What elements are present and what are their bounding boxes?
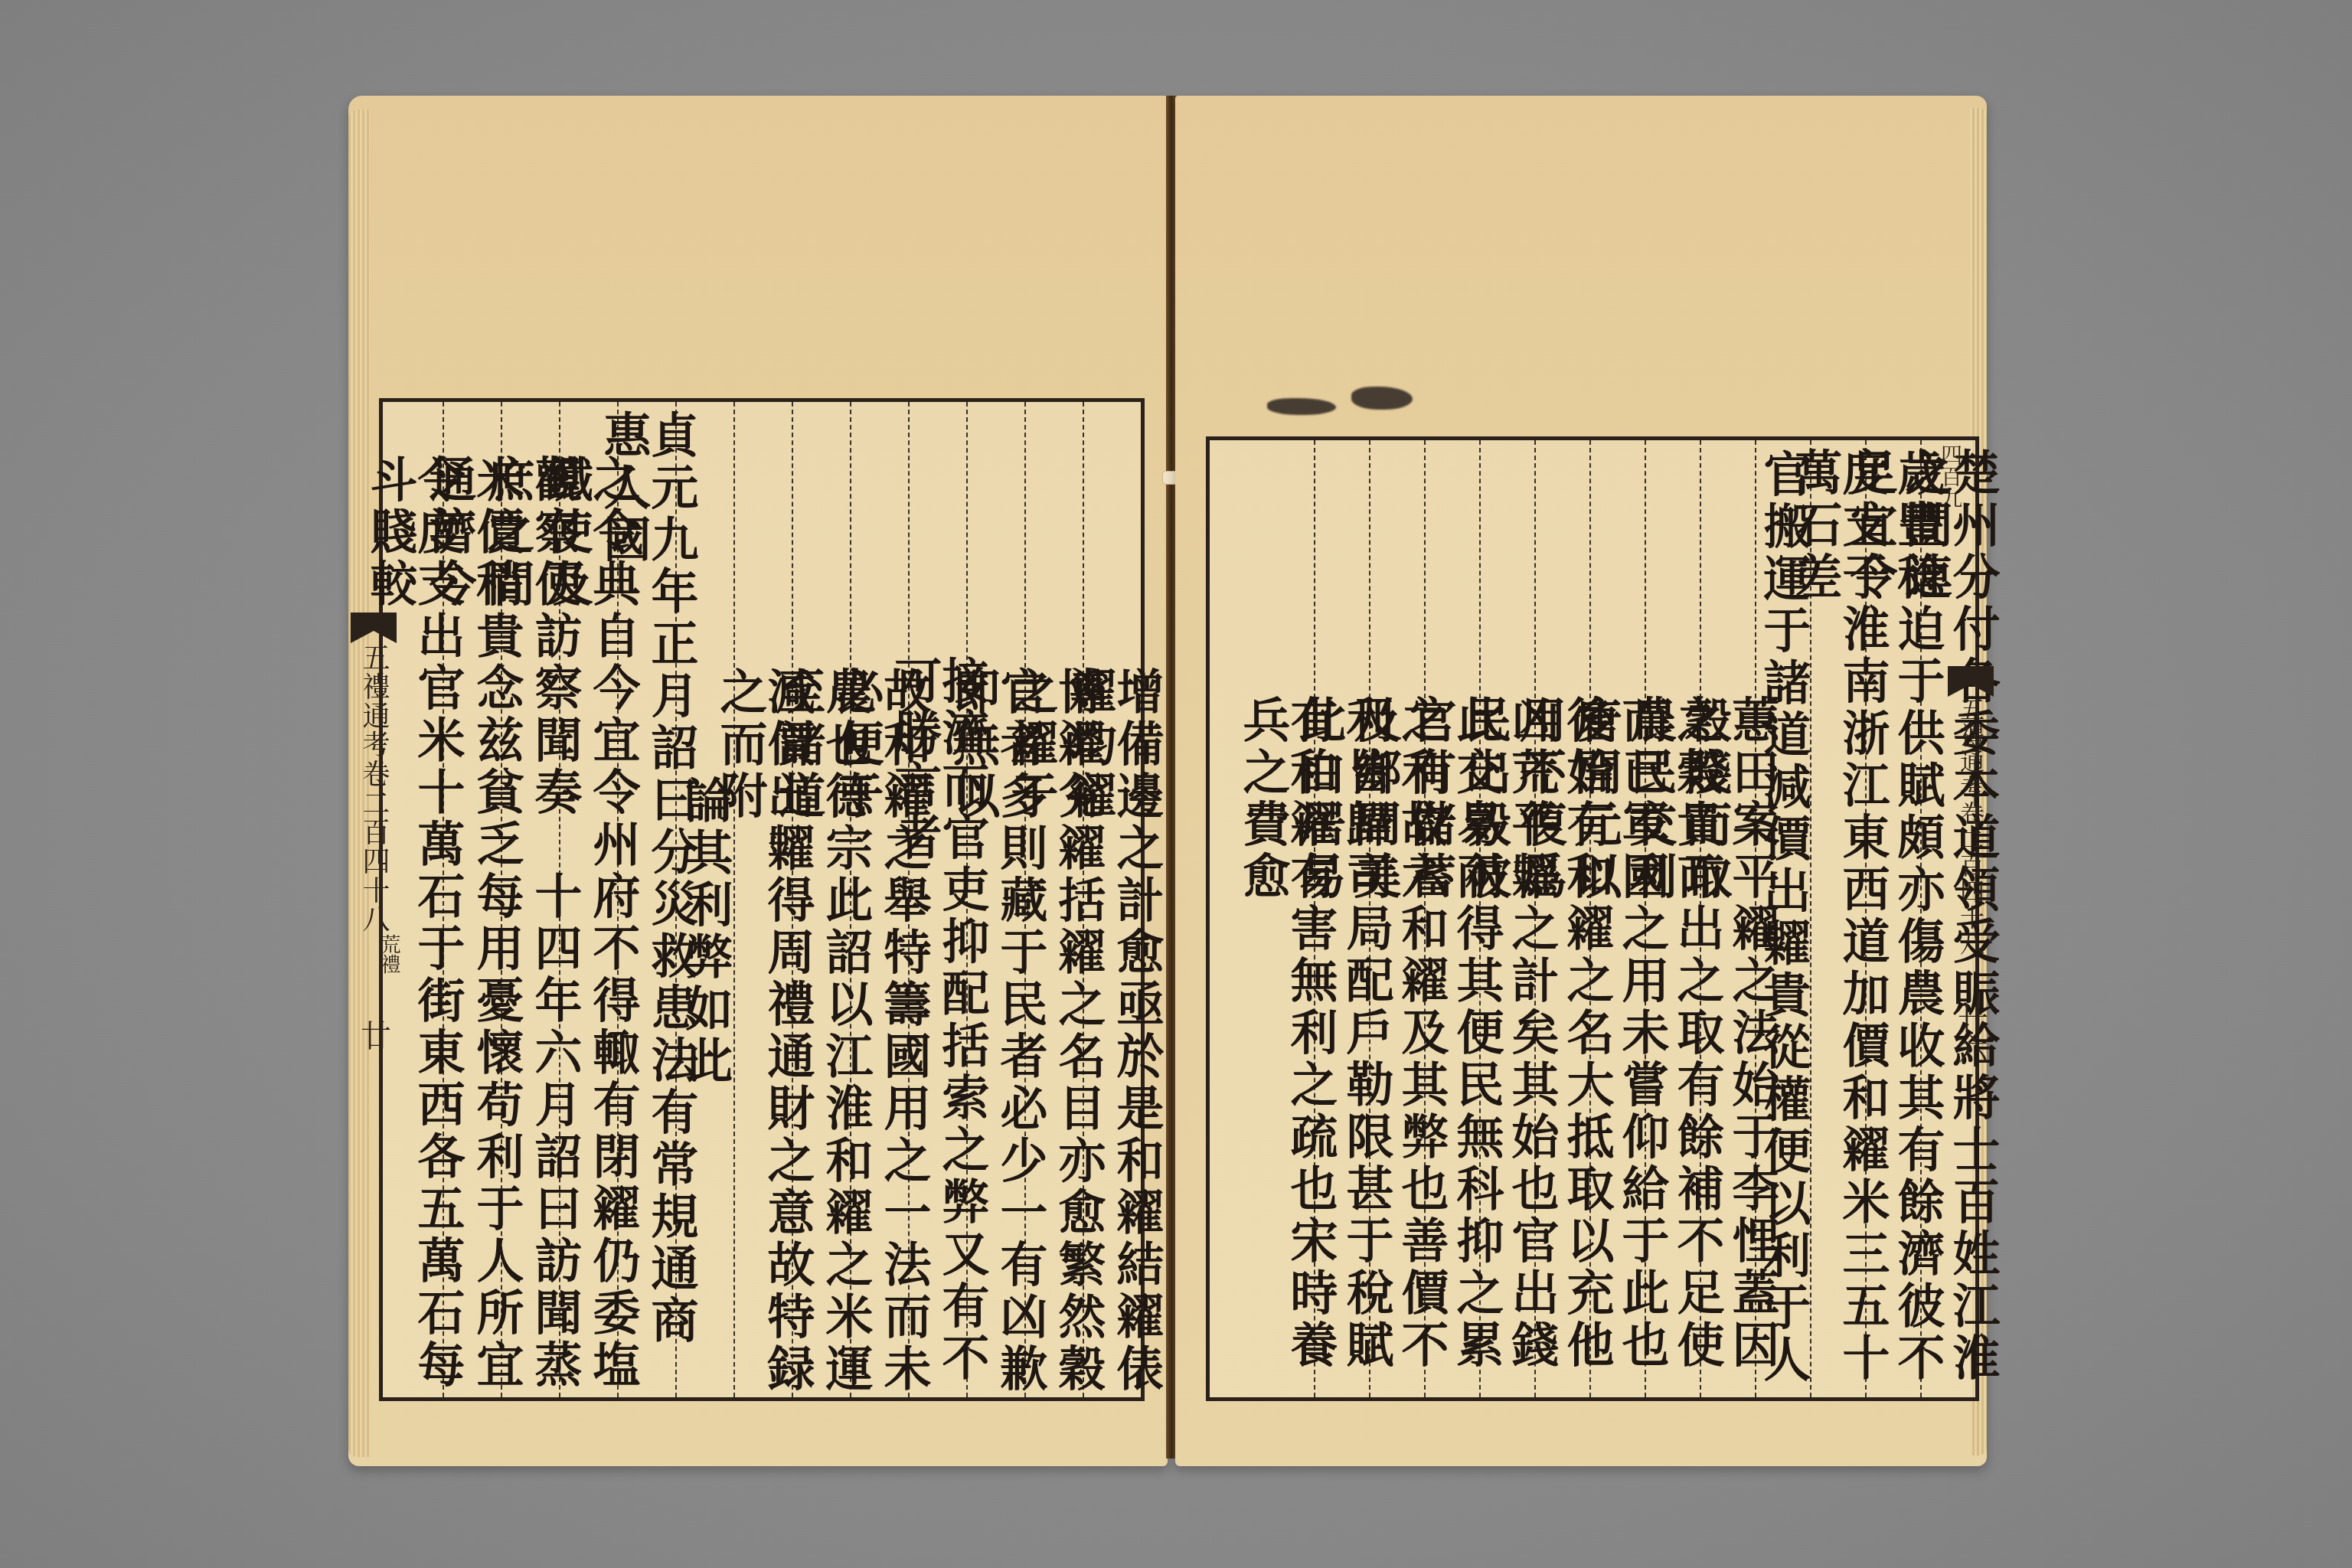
page-number: 卄六 <box>1949 1003 1993 1064</box>
right-column-grid: 楚州分付各委本道領受賑給將士百姓江淮之間連歲豐稔迫于供賦頗亦傷農收其有餘濟彼不足… <box>1210 440 1975 1397</box>
text-column: 度支于淮南浙江東西道加價和糴米三五十萬石差 <box>1810 440 1865 1397</box>
left-text-frame: 增備邊之計愈亟於是和糴結糴俵糴均糴博糴兊糴括糴之名目亦愈繁然穀之糴于官者多則藏于… <box>379 398 1145 1401</box>
banxin-title: 五禮通考卷二百四十八 <box>360 643 387 934</box>
text-column: 有和糴有害無利之疏也宋時養兵之費愈 <box>1259 440 1314 1397</box>
paper-damage <box>1267 398 1336 415</box>
left-page: 增備邊之計愈亟於是和糴結糴俵糴均糴博糴兊糴括糴之名目亦愈繁然穀之糴于官者多則藏于… <box>348 96 1168 1466</box>
right-banxin: 五禮通考卷二百四十八 卄六 <box>1941 436 2001 1393</box>
text-column: 減價出糶得周禮通財之意故特録之而附 <box>733 402 792 1397</box>
banxin-title: 五禮通考卷二百四十八 <box>1958 697 1983 957</box>
right-text-frame: 楚州分付各委本道領受賑給將士百姓江淮之間連歲豐稔迫于供賦頗亦傷農收其有餘濟彼不足… <box>1206 436 1979 1401</box>
right-page: 楚州分付各委本道領受賑給將士百姓江淮之間連歲豐稔迫于供賦頗亦傷農收其有餘濟彼不足… <box>1175 96 1987 1466</box>
banxin-section: 荒禮 <box>379 934 399 974</box>
page-number: 廿 <box>352 1020 396 1050</box>
fishtail-mark-icon <box>1948 666 1994 697</box>
column-text: 有和糴有害無利之疏也宋時養兵之費愈 <box>1239 695 1334 1397</box>
left-column-grid: 增備邊之計愈亟於是和糴結糴俵糴均糴博糴兊糴括糴之名目亦愈繁然穀之糴于官者多則藏于… <box>383 402 1141 1397</box>
paper-damage <box>1351 387 1413 410</box>
left-banxin: 五禮通考卷二百四十八 荒禮 廿 <box>344 398 403 1393</box>
open-book: 增備邊之計愈亟於是和糴結糴俵糴均糴博糴兊糴括糴之名目亦愈繁然穀之糴于官者多則藏于… <box>348 96 1987 1474</box>
fishtail-mark-icon <box>351 612 397 643</box>
